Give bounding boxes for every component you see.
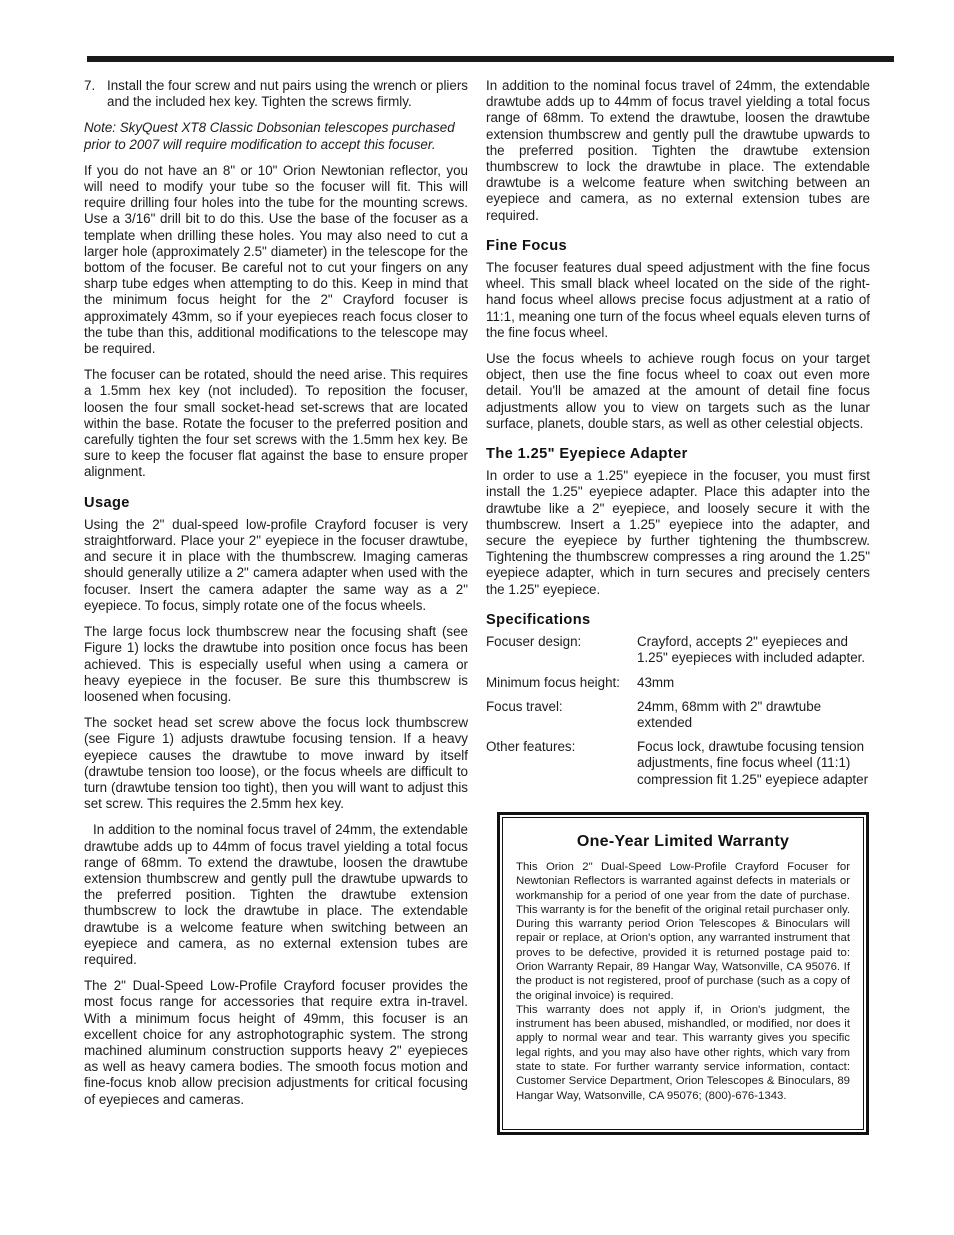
spec-row-minimum-focus-height: Minimum focus height: 43mm xyxy=(486,675,870,691)
paragraph-focuser-provides: The 2" Dual-Speed Low-Profile Crayford f… xyxy=(84,978,468,1108)
warranty-body: This Orion 2" Dual-Speed Low-Profile Cra… xyxy=(516,860,850,1103)
paragraph-rotate-focuser: The focuser can be rotated, should the n… xyxy=(84,367,468,480)
spec-value: 24mm, 68mm with 2" drawtube extended xyxy=(637,699,870,731)
specifications-heading: Specifications xyxy=(486,612,870,628)
warranty-paragraph-1: This Orion 2" Dual-Speed Low-Profile Cra… xyxy=(516,860,850,1003)
paragraph-modify-tube: If you do not have an 8" or 10" Orion Ne… xyxy=(84,163,468,357)
usage-heading: Usage xyxy=(84,495,468,511)
numbered-step-7: 7. Install the four screw and nut pairs … xyxy=(84,78,468,110)
spec-row-focuser-design: Focuser design: Crayford, accepts 2" eye… xyxy=(486,634,870,666)
specifications-table: Focuser design: Crayford, accepts 2" eye… xyxy=(486,634,870,788)
spec-value: Focus lock, drawtube focusing tension ad… xyxy=(637,739,870,788)
spec-row-other-features: Other features: Focus lock, drawtube foc… xyxy=(486,739,870,788)
spec-row-focus-travel: Focus travel: 24mm, 68mm with 2" drawtub… xyxy=(486,699,870,731)
spec-label: Focuser design: xyxy=(486,634,637,666)
paragraph-fine-focus-1: The focuser features dual speed adjustme… xyxy=(486,260,870,341)
italic-note: Note: SkyQuest XT8 Classic Dobsonian tel… xyxy=(84,120,468,152)
paragraph-set-screw: The socket head set screw above the focu… xyxy=(84,715,468,812)
right-column: In addition to the nominal focus travel … xyxy=(486,78,870,1135)
eyepiece-adapter-heading: The 1.25" Eyepiece Adapter xyxy=(486,446,870,462)
two-column-layout: 7. Install the four screw and nut pairs … xyxy=(84,78,870,1135)
paragraph-fine-focus-2: Use the focus wheels to achieve rough fo… xyxy=(486,351,870,432)
paragraph-focus-lock: The large focus lock thumbscrew near the… xyxy=(84,624,468,705)
paragraph-focus-travel: In addition to the nominal focus travel … xyxy=(84,822,468,968)
left-column: 7. Install the four screw and nut pairs … xyxy=(84,78,468,1135)
warranty-box: One-Year Limited Warranty This Orion 2" … xyxy=(497,812,869,1135)
manual-page: 7. Install the four screw and nut pairs … xyxy=(0,0,954,1235)
spec-label: Focus travel: xyxy=(486,699,637,731)
warranty-box-inner: One-Year Limited Warranty This Orion 2" … xyxy=(502,817,864,1130)
spec-label: Other features: xyxy=(486,739,637,788)
spec-value: Crayford, accepts 2" eyepieces and 1.25"… xyxy=(637,634,870,666)
spec-label: Minimum focus height: xyxy=(486,675,637,691)
warranty-paragraph-2: This warranty does not apply if, in Orio… xyxy=(516,1003,850,1103)
step-number: 7. xyxy=(84,78,107,110)
step-text: Install the four screw and nut pairs usi… xyxy=(107,78,468,110)
paragraph-focus-travel-continued: In addition to the nominal focus travel … xyxy=(486,78,870,224)
paragraph-eyepiece-adapter: In order to use a 1.25" eyepiece in the … xyxy=(486,468,870,598)
spec-value: 43mm xyxy=(637,675,870,691)
top-rule xyxy=(87,56,894,62)
warranty-title: One-Year Limited Warranty xyxy=(516,834,850,850)
fine-focus-heading: Fine Focus xyxy=(486,238,870,254)
paragraph-usage: Using the 2" dual-speed low-profile Cray… xyxy=(84,517,468,614)
